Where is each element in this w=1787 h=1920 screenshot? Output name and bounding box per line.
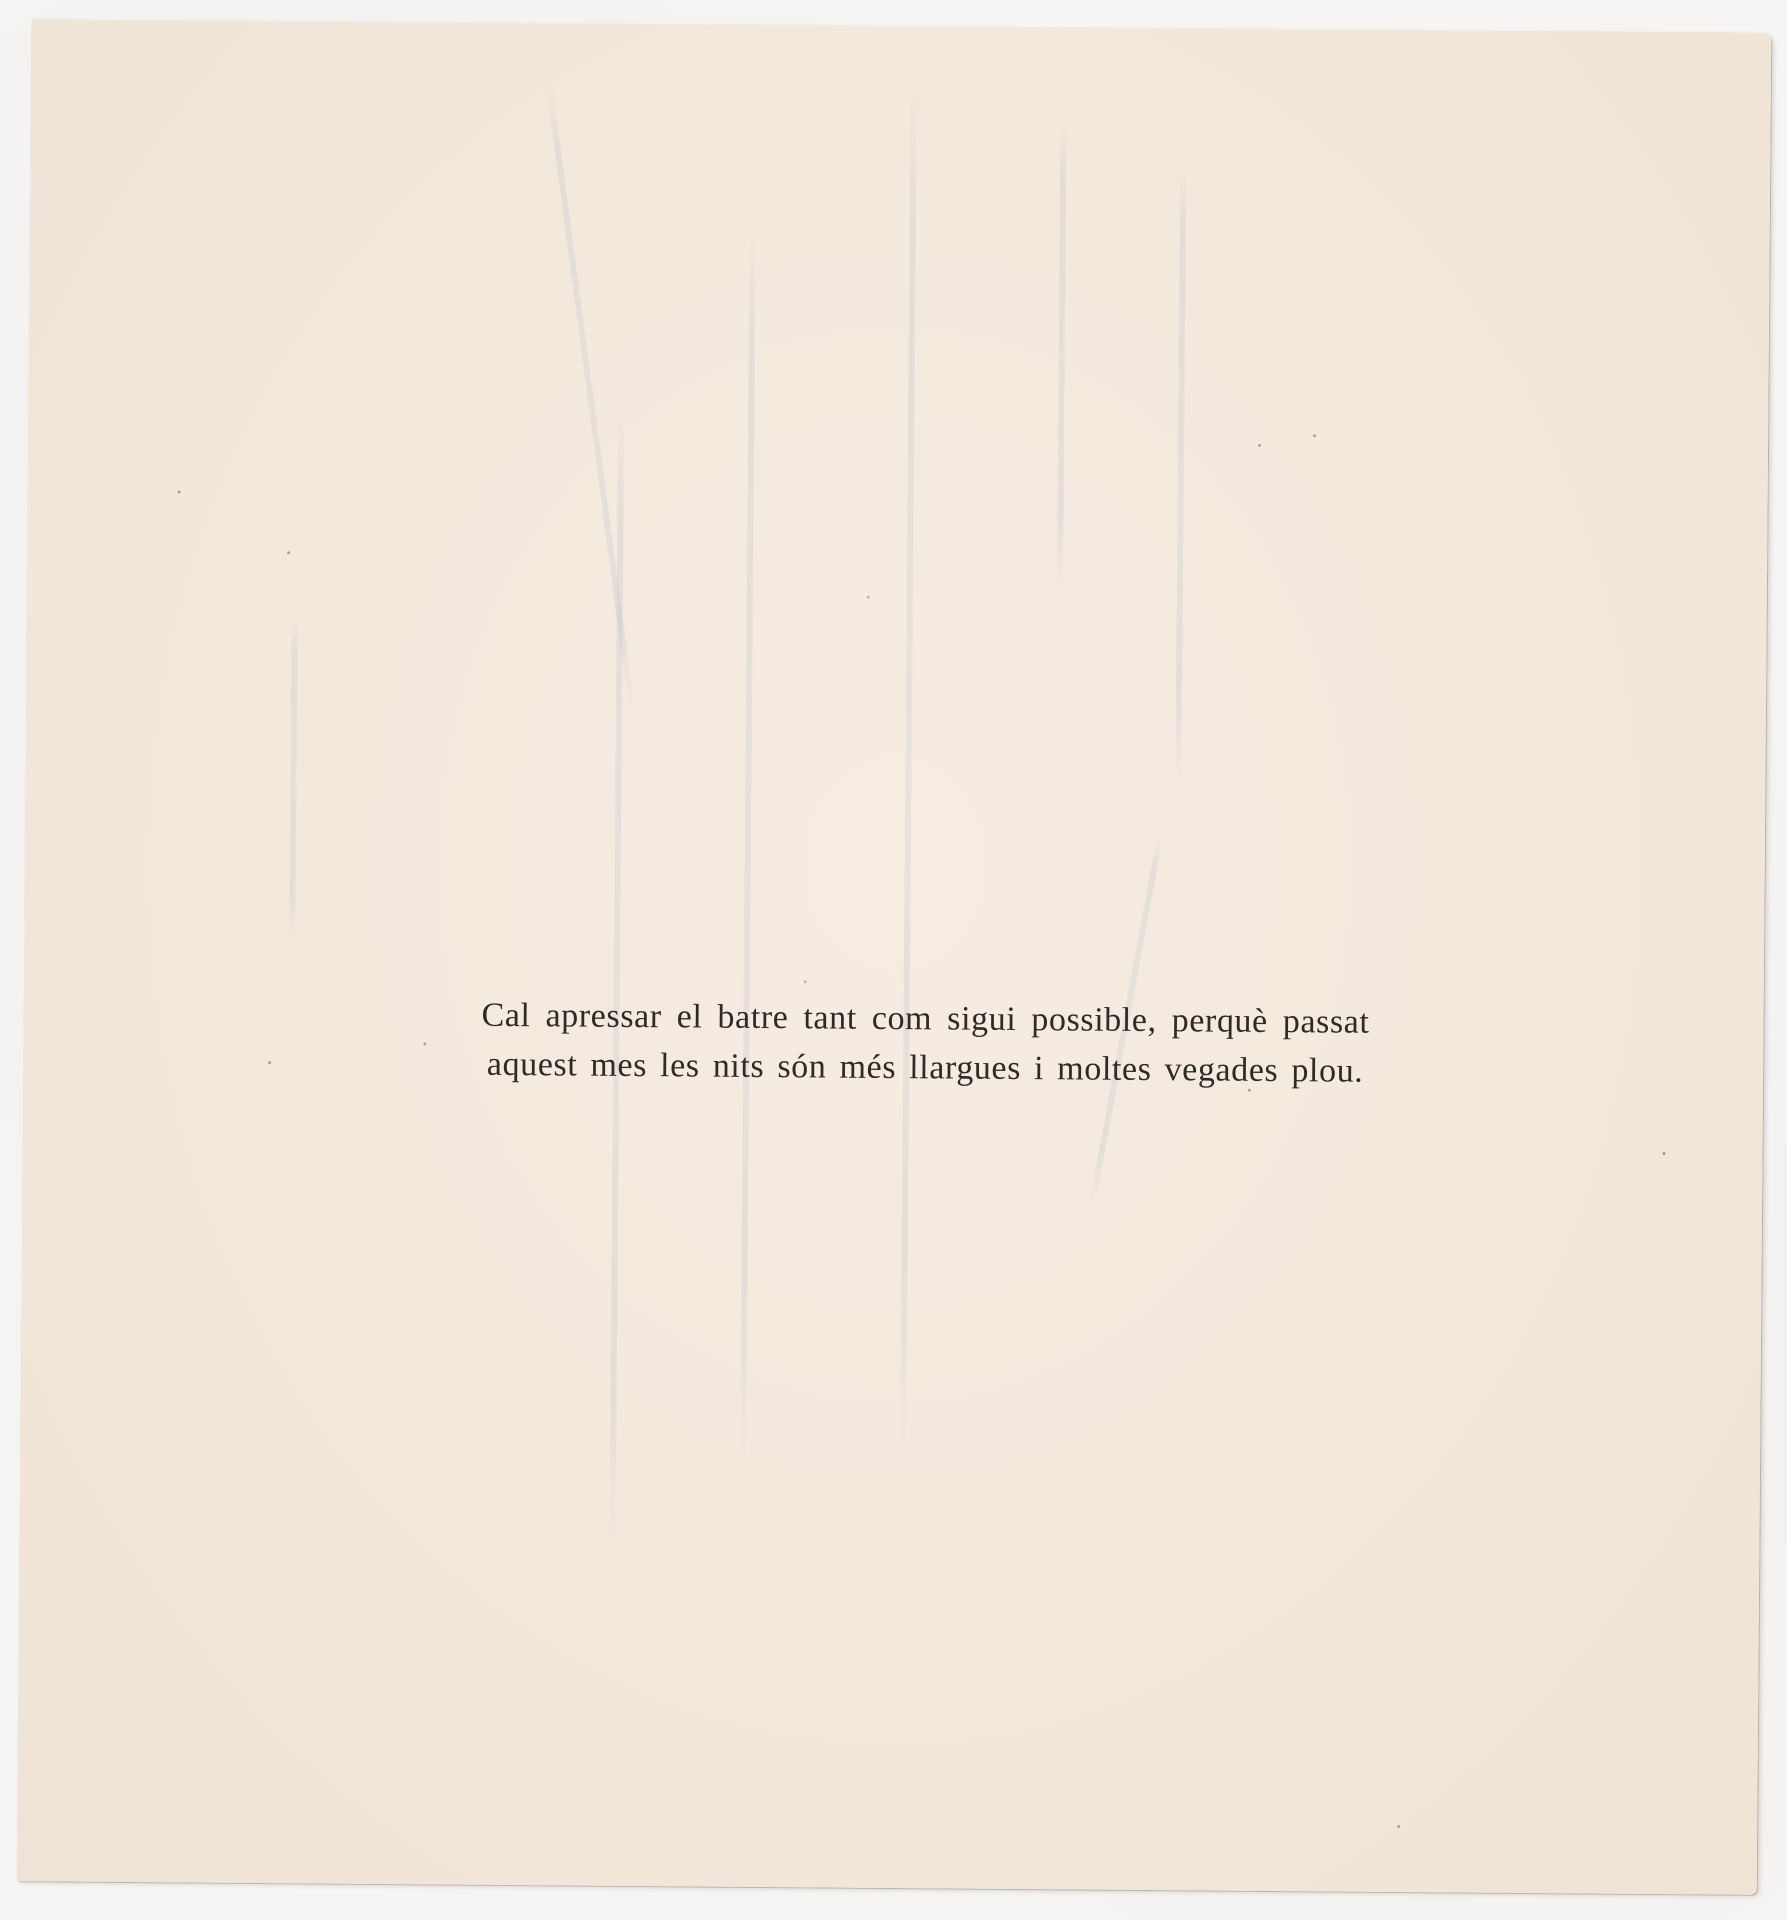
- show-through-stroke: [1057, 127, 1067, 587]
- paper-speck: [867, 596, 870, 599]
- paper-speck: [1258, 444, 1261, 447]
- show-through-stroke: [289, 621, 298, 941]
- body-paragraph: Cal apressar el batre tant com sigui pos…: [481, 991, 1370, 1096]
- paragraph-text: Cal apressar el batre tant com sigui pos…: [481, 991, 1370, 1096]
- paper-speck: [1662, 1152, 1665, 1155]
- show-through-stroke: [546, 86, 636, 721]
- paper-speck: [287, 551, 290, 554]
- paper-speck: [178, 490, 181, 493]
- paper-speck: [268, 1061, 271, 1064]
- paper-speck: [423, 1042, 426, 1045]
- paper-sheet: Cal apressar el batre tant com sigui pos…: [17, 19, 1772, 1895]
- show-through-stroke: [609, 404, 624, 1554]
- paper-speck: [1313, 434, 1316, 437]
- paper-speck: [1397, 1825, 1400, 1828]
- show-through-stroke: [900, 86, 917, 1466]
- show-through-stroke: [1175, 168, 1186, 788]
- verso-show-through: [17, 19, 1772, 1895]
- paper-speck: [804, 980, 807, 983]
- show-through-stroke: [740, 225, 756, 1475]
